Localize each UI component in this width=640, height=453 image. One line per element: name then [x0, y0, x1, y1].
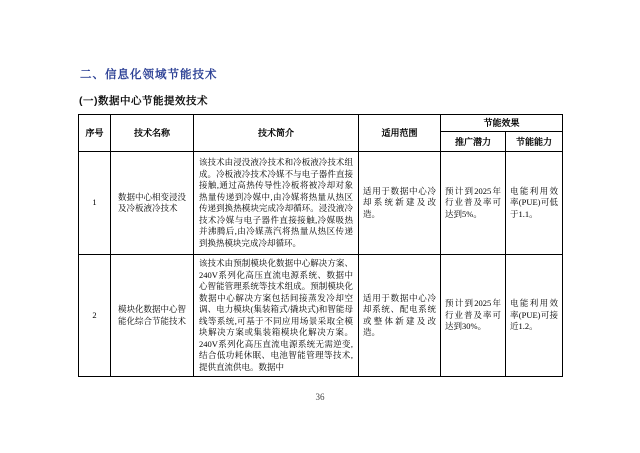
- section-heading: 二、信息化领域节能技术: [80, 66, 218, 82]
- header-intro: 技术简介: [194, 115, 359, 152]
- cell-potential: 预计到2025年行业普及率可达到5%。: [441, 152, 506, 255]
- cell-capability: 电能利用效率(PUE)可接近1.2。: [506, 255, 563, 377]
- table-row: 1 数据中心相变浸没及冷板液冷技术 该技术由浸没液冷技术和冷板液冷技术组成。冷板…: [79, 152, 563, 255]
- header-index: 序号: [79, 115, 111, 152]
- subsection-heading: (一)数据中心节能提效技术: [79, 93, 208, 108]
- cell-tech-name: 模块化数据中心智能化综合节能技术: [111, 255, 194, 377]
- header-name: 技术名称: [111, 115, 194, 152]
- cell-capability: 电能利用效率(PUE)可低于1.1。: [506, 152, 563, 255]
- cell-scope: 适用于数据中心冷却系统新建及改造。: [359, 152, 441, 255]
- page-number: 36: [0, 392, 640, 402]
- cell-index: 1: [79, 152, 111, 255]
- header-potential: 推广潜力: [441, 132, 506, 152]
- document-page: 二、信息化领域节能技术 (一)数据中心节能提效技术 序号 技术名称 技术简介 适…: [0, 0, 640, 453]
- technology-table: 序号 技术名称 技术简介 适用范围 节能效果 推广潜力 节能能力 1 数据中心相…: [78, 114, 563, 377]
- cell-tech-intro: 该技术由浸没液冷技术和冷板液冷技术组成。冷板液冷技术冷媒不与电子器件直接接触,通…: [194, 152, 359, 255]
- header-scope: 适用范围: [359, 115, 441, 152]
- cell-tech-name: 数据中心相变浸没及冷板液冷技术: [111, 152, 194, 255]
- cell-index: 2: [79, 255, 111, 377]
- cell-potential: 预计到2025年行业普及率可达到30%。: [441, 255, 506, 377]
- table-header-row-top: 序号 技术名称 技术简介 适用范围 节能效果: [79, 115, 563, 132]
- cell-tech-intro: 该技术由预制模块化数据中心解决方案、240V系列化高压直流电源系统、数据中心智能…: [194, 255, 359, 377]
- table-row: 2 模块化数据中心智能化综合节能技术 该技术由预制模块化数据中心解决方案、240…: [79, 255, 563, 377]
- header-effect-group: 节能效果: [441, 115, 563, 132]
- header-capability: 节能能力: [506, 132, 563, 152]
- cell-scope: 适用于数据中心冷却系统、配电系统或整体新建及改造。: [359, 255, 441, 377]
